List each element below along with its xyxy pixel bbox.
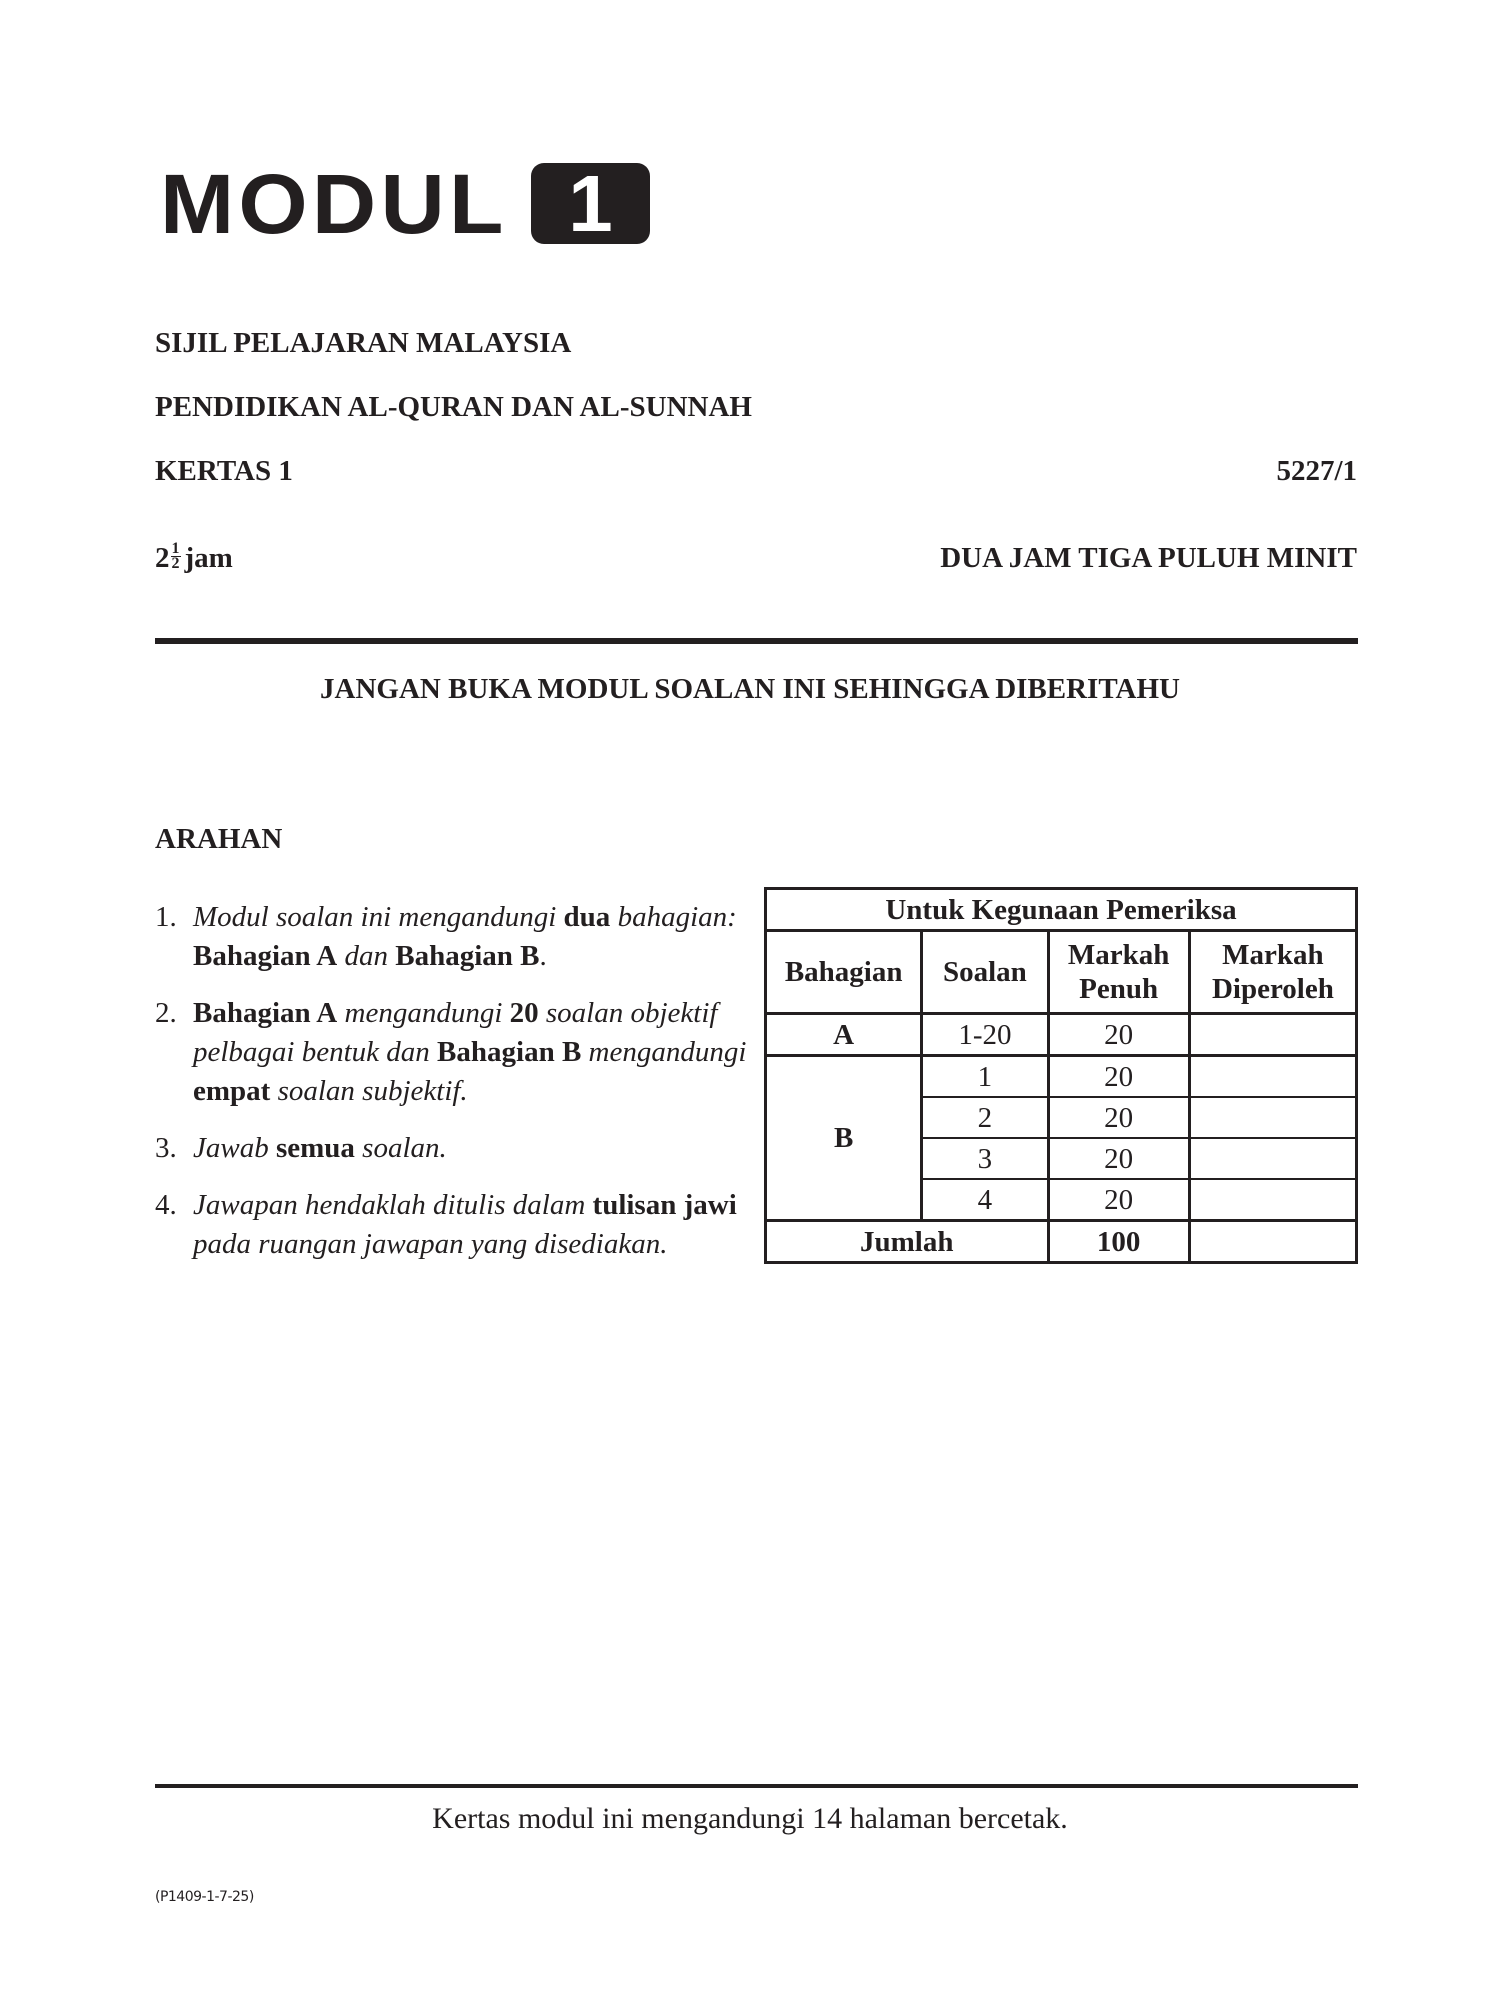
cell-markah-penuh: 20 bbox=[1048, 1179, 1189, 1221]
cell-markah-penuh: 20 bbox=[1048, 1138, 1189, 1179]
duration-unit: jam bbox=[185, 542, 233, 574]
total-markah-penuh: 100 bbox=[1048, 1221, 1189, 1263]
exam-name: SIJIL PELAJARAN MALAYSIA bbox=[155, 326, 571, 360]
header-bahagian: Bahagian bbox=[766, 931, 922, 1014]
duration-whole: 2 bbox=[155, 542, 170, 574]
cell-soalan: 2 bbox=[922, 1097, 1048, 1138]
paper-label: KERTAS 1 bbox=[155, 454, 293, 488]
instruction-item: 1.Modul soalan ini mengandungi dua bahag… bbox=[155, 898, 755, 976]
cell-markah-diperoleh[interactable] bbox=[1189, 1014, 1356, 1056]
duration-fraction: 12 bbox=[171, 542, 181, 571]
cell-soalan: 1 bbox=[922, 1056, 1048, 1098]
cell-soalan: 3 bbox=[922, 1138, 1048, 1179]
footer-divider bbox=[155, 1784, 1358, 1788]
cell-soalan: 1-20 bbox=[922, 1014, 1048, 1056]
examiner-table-title: Untuk Kegunaan Pemeriksa bbox=[766, 889, 1357, 931]
total-markah-diperoleh[interactable] bbox=[1189, 1221, 1356, 1263]
cell-markah-diperoleh[interactable] bbox=[1189, 1097, 1356, 1138]
subject-name: PENDIDIKAN AL-QURAN DAN AL-SUNNAH bbox=[155, 390, 752, 424]
instructions-heading: ARAHAN bbox=[155, 822, 282, 856]
cell-markah-penuh: 20 bbox=[1048, 1097, 1189, 1138]
cell-markah-diperoleh[interactable] bbox=[1189, 1056, 1356, 1098]
instructions-list: 1.Modul soalan ini mengandungi dua bahag… bbox=[155, 898, 755, 1282]
cell-soalan: 4 bbox=[922, 1179, 1048, 1221]
total-label: Jumlah bbox=[766, 1221, 1049, 1263]
table-total-row: Jumlah 100 bbox=[766, 1221, 1357, 1263]
page-count-note: Kertas modul ini mengandungi 14 halaman … bbox=[0, 1801, 1500, 1837]
header-markah-penuh: Markah Penuh bbox=[1048, 931, 1189, 1014]
cell-markah-penuh: 20 bbox=[1048, 1014, 1189, 1056]
instruction-item: 2.Bahagian A mengandungi 20 soalan objek… bbox=[155, 994, 755, 1111]
cell-markah-penuh: 20 bbox=[1048, 1056, 1189, 1098]
table-row: B 1 20 bbox=[766, 1056, 1357, 1098]
cell-bahagian: A bbox=[766, 1014, 922, 1056]
paper-code: 5227/1 bbox=[1276, 454, 1357, 488]
duration: 212jam bbox=[155, 541, 233, 575]
cell-markah-diperoleh[interactable] bbox=[1189, 1138, 1356, 1179]
header-divider bbox=[155, 638, 1358, 644]
instruction-item: 3.Jawab semua soalan. bbox=[155, 1129, 755, 1168]
module-title: MODUL bbox=[160, 160, 508, 248]
cell-bahagian: B bbox=[766, 1056, 922, 1221]
module-number-badge: 1 bbox=[531, 163, 650, 244]
table-header-row: Bahagian Soalan Markah Penuh Markah Dipe… bbox=[766, 931, 1357, 1014]
duration-words: DUA JAM TIGA PULUH MINIT bbox=[940, 541, 1357, 575]
examiner-table: Untuk Kegunaan Pemeriksa Bahagian Soalan… bbox=[764, 887, 1358, 1264]
cell-markah-diperoleh[interactable] bbox=[1189, 1179, 1356, 1221]
print-code: (P1409-1-7-25) bbox=[155, 1888, 254, 1906]
table-row: A 1-20 20 bbox=[766, 1014, 1357, 1056]
warning-notice: JANGAN BUKA MODUL SOALAN INI SEHINGGA DI… bbox=[0, 672, 1500, 706]
header-soalan: Soalan bbox=[922, 931, 1048, 1014]
header-markah-diperoleh: Markah Diperoleh bbox=[1189, 931, 1356, 1014]
instruction-item: 4.Jawapan hendaklah ditulis dalam tulisa… bbox=[155, 1186, 755, 1264]
